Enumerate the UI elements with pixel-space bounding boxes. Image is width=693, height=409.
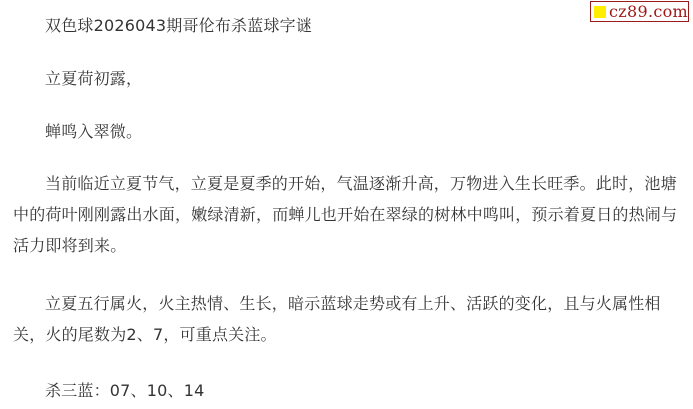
riddle-line-2: 蝉鸣入翠微。 bbox=[13, 116, 685, 147]
analysis-paragraph-1: 当前临近立夏节气，立夏是夏季的开始，气温逐渐升高，万物进入生长旺季。此时，池塘中… bbox=[13, 168, 685, 261]
kill-blue-numbers: 杀三蓝：07、10、14 bbox=[13, 375, 685, 406]
analysis-paragraph-2: 立夏五行属火，火主热情、生长，暗示蓝球走势或有上升、活跃的变化，且与火属性相关，… bbox=[13, 288, 685, 350]
riddle-line-1: 立夏荷初露， bbox=[13, 63, 685, 94]
article-title: 双色球2026043期哥伦布杀蓝球字谜 bbox=[13, 10, 685, 41]
